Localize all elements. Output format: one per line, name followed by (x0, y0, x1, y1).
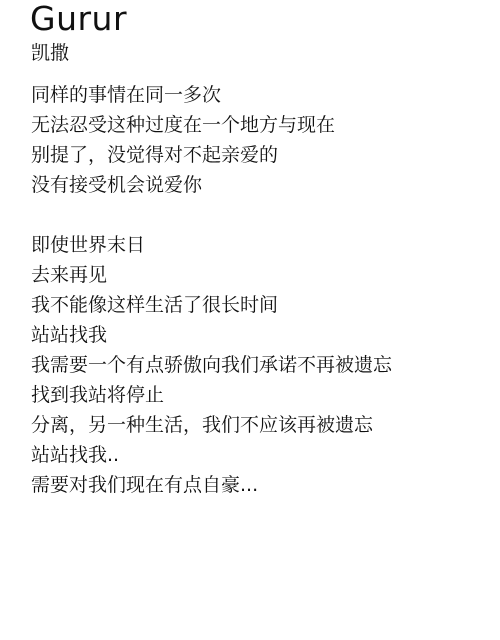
lyric-line: 即使世界末日 (31, 230, 392, 260)
lyric-line: 分离，另一种生活，我们不应该再被遗忘 (31, 410, 392, 440)
lyric-line: 找到我站将停止 (31, 380, 392, 410)
song-title: Gurur (30, 0, 127, 38)
lyric-line: 没有接受机会说爱你 (31, 170, 392, 200)
lyric-line: 别提了，没觉得对不起亲爱的 (31, 140, 392, 170)
lyric-line: 我需要一个有点骄傲向我们承诺不再被遗忘 (31, 350, 392, 380)
lyric-line: 需要对我们现在有点自豪... (31, 470, 392, 500)
lyrics-block: 同样的事情在同一多次 无法忍受这种过度在一个地方与现在 别提了，没觉得对不起亲爱… (31, 80, 392, 500)
lyric-blank-line (31, 200, 392, 230)
lyric-line: 站站找我.. (31, 440, 392, 470)
lyric-line: 同样的事情在同一多次 (31, 80, 392, 110)
lyric-line: 站站找我 (31, 320, 392, 350)
artist-name: 凯撒 (31, 40, 69, 66)
lyric-line: 去来再见 (31, 260, 392, 290)
lyric-line: 无法忍受这种过度在一个地方与现在 (31, 110, 392, 140)
lyric-line: 我不能像这样生活了很长时间 (31, 290, 392, 320)
